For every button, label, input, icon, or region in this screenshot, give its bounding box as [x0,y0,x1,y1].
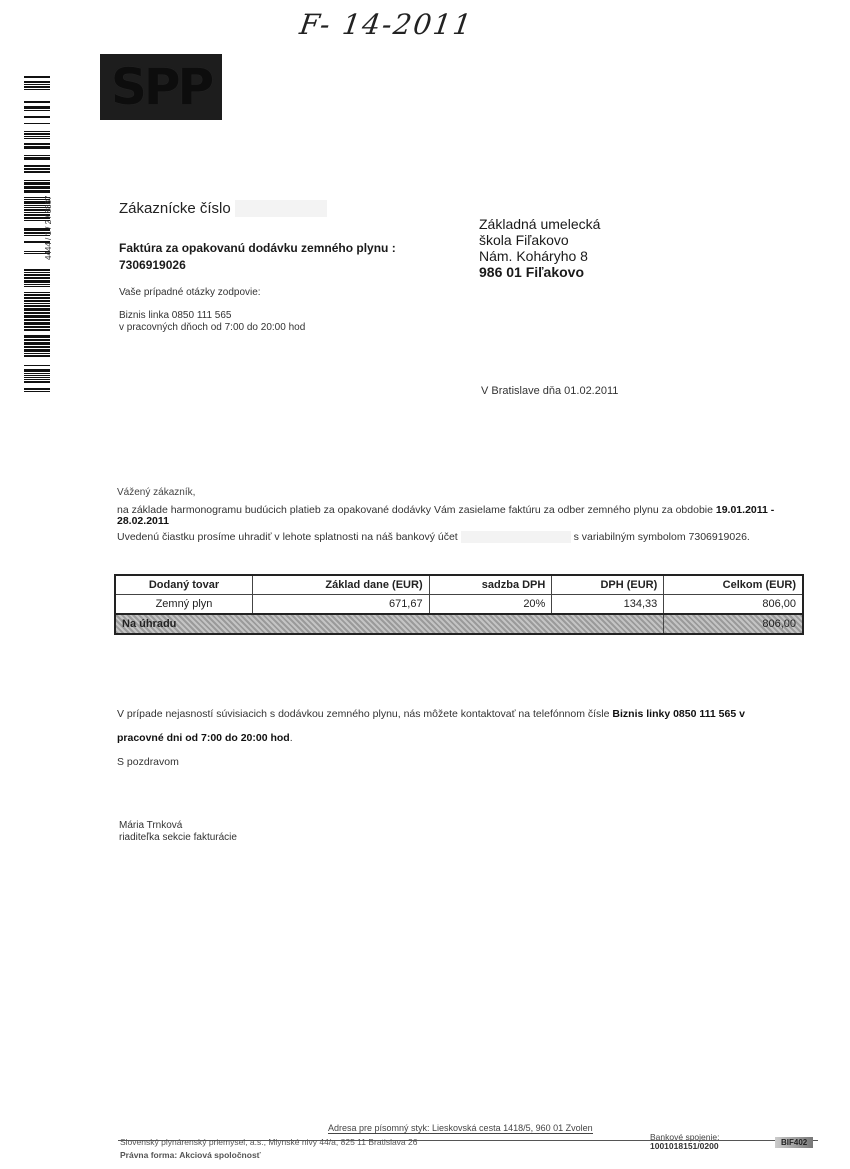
footer-company: Slovenský plynárenský priemysel, a.s., M… [120,1137,417,1147]
invoice-number: 7306919026 [119,257,396,274]
greeting: Vážený zákazník, [117,487,195,498]
cell-tax-base: 671,67 [253,595,430,615]
hotline-info: Biznis linka 0850 111 565 v pracovných d… [119,310,305,334]
header-vat: DPH (EUR) [552,575,664,595]
recipient-address: Základná umelecká škola Fiľakovo Nám. Ko… [479,216,600,280]
signer-name: Mária Trnková [119,820,237,832]
letter-paragraph-2: Uvedenú čiastku prosíme uhradiť v lehote… [117,531,817,543]
header-total: Celkom (EUR) [664,575,803,595]
header-tax-base: Základ dane (EUR) [253,575,430,595]
customer-number-label: Zákaznícke číslo [119,200,231,217]
cell-vat: 134,33 [552,595,664,615]
table-header-row: Dodaný tovar Základ dane (EUR) sadzba DP… [115,575,803,595]
spp-logo: SPP [100,54,222,120]
logo-text: SPP [111,58,211,116]
bank-account-redacted [461,531,571,543]
footer-bank-account: 1001018151/0200 [650,1141,719,1151]
paragraph-1-text: na základe harmonogramu budúcich platieb… [117,504,716,516]
table-row: Zemný plyn 671,67 20% 134,33 806,00 [115,595,803,615]
cell-total: 806,00 [664,595,803,615]
barcode-number: 4444 / 1 / 2 / 8887 [44,196,53,261]
cell-vat-rate: 20% [429,595,552,615]
paragraph-2-start: Uvedenú čiastku prosíme uhradiť v lehote… [117,531,458,543]
letter-paragraph-1: na základe harmonogramu budúcich platieb… [117,505,817,527]
table-total-row: Na úhradu 806,00 [115,614,803,634]
customer-number: Zákaznícke číslo [119,200,327,217]
customer-number-redacted [235,200,327,217]
handwritten-document-number: F- 14-2011 [298,8,476,41]
invoice-table: Dodaný tovar Základ dane (EUR) sadzba DP… [114,574,804,635]
invoice-title-text: Faktúra za opakovanú dodávku zemného ply… [119,240,396,257]
total-value: 806,00 [664,614,803,634]
recipient-line-3: Nám. Koháryho 8 [479,248,600,264]
recipient-line-4: 986 01 Fiľakovo [479,264,600,280]
closing-contact-end: . [290,732,293,744]
header-goods: Dodaný tovar [115,575,253,595]
recipient-line-2: škola Fiľakovo [479,232,600,248]
footer-legal-form: Právna forma: Akciová spoločnosť [120,1150,261,1160]
signer: Mária Trnková riaditeľka sekcie fakturác… [119,820,237,844]
closing-contact-paragraph: V prípade nejasností súvisiacich s dodáv… [117,702,777,750]
cell-goods: Zemný plyn [115,595,253,615]
closing-contact-text: V prípade nejasností súvisiacich s dodáv… [117,708,612,720]
paragraph-2-end: s variabilným symbolom 7306919026. [574,531,750,543]
hotline-number: Biznis linka 0850 111 565 [119,310,305,322]
total-label: Na úhradu [115,614,664,634]
questions-label: Vaše prípadné otázky zodpovie: [119,287,261,298]
regards: S pozdravom [117,756,179,768]
hotline-hours: v pracovných dňoch od 7:00 do 20:00 hod [119,322,305,334]
signer-title: riaditeľka sekcie fakturácie [119,832,237,844]
invoice-title: Faktúra za opakovanú dodávku zemného ply… [119,240,396,274]
header-vat-rate: sadzba DPH [429,575,552,595]
footer-postal-address: Adresa pre písomný styk: Lieskovská cest… [328,1123,593,1134]
recipient-line-1: Základná umelecká [479,216,600,232]
place-and-date: V Bratislave dňa 01.02.2011 [481,385,618,397]
footer-form-code: BIF402 [775,1137,813,1148]
